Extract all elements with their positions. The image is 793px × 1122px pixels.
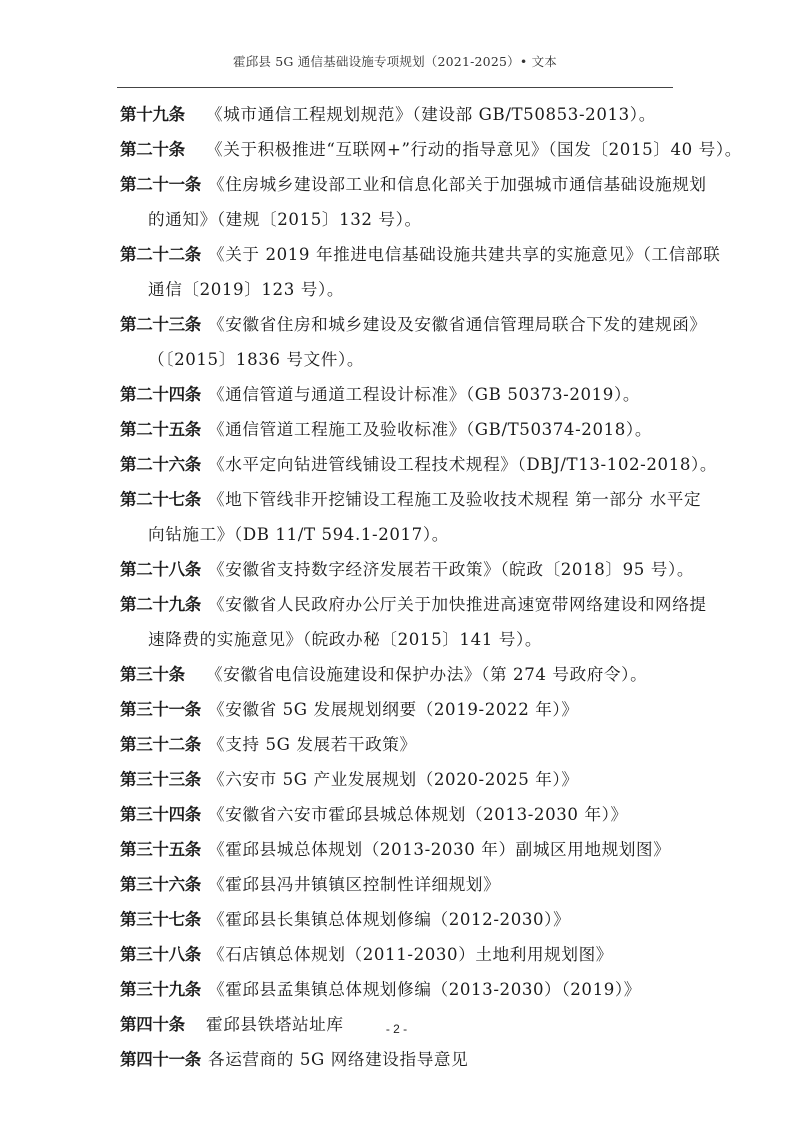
article-text: 《安徽省六安市霍邱县城总体规划（2013-2030 年）》 (208, 805, 628, 824)
article-22-continuation: 通信〔2019〕123 号）。 (120, 272, 676, 307)
article-label: 第二十条 (120, 132, 206, 167)
article-33: 第三十三条《六安市 5G 产业发展规划（2020-2025 年）》 (120, 762, 676, 797)
article-label: 第三十四条 (120, 797, 208, 832)
article-label: 第三十五条 (120, 832, 208, 867)
article-text: 《安徽省支持数字经济发展若干政策》（皖政〔2018〕95 号）。 (208, 560, 694, 579)
article-label: 第二十二条 (120, 237, 208, 272)
article-text: 《安徽省电信设施建设和保护办法》（第 274 号政府令）。 (206, 665, 647, 684)
article-text: 《石店镇总体规划（2011-2030）土地利用规划图》 (208, 945, 613, 964)
page-header-title: 霍邱县 5G 通信基础设施专项规划（2021-2025）• 文本 (117, 52, 673, 70)
article-label: 第二十九条 (120, 587, 208, 622)
article-label: 第四十一条 (120, 1042, 208, 1077)
article-text: 《安徽省 5G 发展规划纲要（2019-2022 年）》 (208, 700, 579, 719)
article-text: 《城市通信工程规划规范》（建设部 GB/T50853-2013）。 (206, 105, 656, 124)
header-divider (117, 87, 673, 88)
article-19: 第十九条《城市通信工程规划规范》（建设部 GB/T50853-2013）。 (120, 97, 676, 132)
article-21: 第二十一条《住房城乡建设部工业和信息化部关于加强城市通信基础设施规划 (120, 167, 676, 202)
article-label: 第三十六条 (120, 867, 208, 902)
article-text: 《霍邱县冯井镇镇区控制性详细规划》 (208, 875, 500, 894)
article-37: 第三十七条《霍邱县长集镇总体规划修编（2012-2030）》 (120, 902, 676, 937)
article-label: 第三十八条 (120, 937, 208, 972)
article-24: 第二十四条《通信管道与通道工程设计标准》（GB 50373-2019）。 (120, 377, 676, 412)
article-36: 第三十六条《霍邱县冯井镇镇区控制性详细规划》 (120, 867, 676, 902)
article-label: 第三十条 (120, 657, 206, 692)
article-29: 第二十九条《安徽省人民政府办公厅关于加快推进高速宽带网络建设和网络提 (120, 587, 676, 622)
article-41: 第四十一条各运营商的 5G 网络建设指导意见 (120, 1042, 676, 1077)
article-label: 第二十四条 (120, 377, 208, 412)
article-39: 第三十九条《霍邱县孟集镇总体规划修编（2013-2030）（2019）》 (120, 972, 676, 1007)
article-20: 第二十条《关于积极推进“互联网+”行动的指导意见》（国发〔2015〕40 号）。 (120, 132, 676, 167)
article-text: 《安徽省人民政府办公厅关于加快推进高速宽带网络建设和网络提 (208, 595, 707, 614)
article-text: 《安徽省住房和城乡建设及安徽省通信管理局联合下发的建规函》 (208, 315, 707, 334)
article-31: 第三十一条《安徽省 5G 发展规划纲要（2019-2022 年）》 (120, 692, 676, 727)
article-32: 第三十二条《支持 5G 发展若干政策》 (120, 727, 676, 762)
article-text: 《霍邱县长集镇总体规划修编（2012-2030）》 (208, 910, 570, 929)
article-label: 第三十一条 (120, 692, 208, 727)
article-27-continuation: 向钻施工》（DB 11/T 594.1-2017）。 (120, 517, 676, 552)
article-text: 《通信管道与通道工程设计标准》（GB 50373-2019）。 (208, 385, 640, 404)
article-text: 《六安市 5G 产业发展规划（2020-2025 年）》 (208, 770, 579, 789)
article-label: 第二十八条 (120, 552, 208, 587)
article-text: 向钻施工》（DB 11/T 594.1-2017）。 (148, 525, 449, 544)
article-text: 通信〔2019〕123 号）。 (148, 280, 344, 299)
article-30: 第三十条《安徽省电信设施建设和保护办法》（第 274 号政府令）。 (120, 657, 676, 692)
article-text: 《关于积极推进“互联网+”行动的指导意见》（国发〔2015〕40 号）。 (206, 140, 742, 159)
article-21-continuation: 的通知》（建规〔2015〕132 号）。 (120, 202, 676, 237)
document-body: 第十九条《城市通信工程规划规范》（建设部 GB/T50853-2013）。 第二… (120, 97, 676, 1077)
article-text: 《关于 2019 年推进电信基础设施共建共享的实施意见》（工信部联 (208, 245, 720, 264)
article-text: 《支持 5G 发展若干政策》 (208, 735, 417, 754)
article-label: 第二十五条 (120, 412, 208, 447)
article-label: 第三十三条 (120, 762, 208, 797)
page-number: - 2 - (0, 1022, 793, 1036)
article-text: 速降费的实施意见》（皖政办秘〔2015〕141 号）。 (148, 630, 542, 649)
article-28: 第二十八条《安徽省支持数字经济发展若干政策》（皖政〔2018〕95 号）。 (120, 552, 676, 587)
article-label: 第二十三条 (120, 307, 208, 342)
article-label: 第三十二条 (120, 727, 208, 762)
article-label: 第二十六条 (120, 447, 208, 482)
article-38: 第三十八条《石店镇总体规划（2011-2030）土地利用规划图》 (120, 937, 676, 972)
article-text: 《住房城乡建设部工业和信息化部关于加强城市通信基础设施规划 (208, 175, 707, 194)
article-label: 第三十七条 (120, 902, 208, 937)
article-text: 《霍邱县城总体规划（2013-2030 年）副城区用地规划图》 (208, 840, 670, 859)
article-27: 第二十七条《地下管线非开挖铺设工程施工及验收技术规程 第一部分 水平定 (120, 482, 676, 517)
article-text: 各运营商的 5G 网络建设指导意见 (208, 1050, 468, 1069)
article-text: 《霍邱县孟集镇总体规划修编（2013-2030）（2019）》 (208, 980, 641, 999)
article-label: 第二十一条 (120, 167, 208, 202)
article-23-continuation: （〔2015〕1836 号文件）。 (120, 342, 676, 377)
article-23: 第二十三条《安徽省住房和城乡建设及安徽省通信管理局联合下发的建规函》 (120, 307, 676, 342)
article-26: 第二十六条《水平定向钻进管线铺设工程技术规程》（DBJ/T13-102-2018… (120, 447, 676, 482)
article-text: 《地下管线非开挖铺设工程施工及验收技术规程 第一部分 水平定 (208, 490, 701, 509)
article-22: 第二十二条《关于 2019 年推进电信基础设施共建共享的实施意见》（工信部联 (120, 237, 676, 272)
article-34: 第三十四条《安徽省六安市霍邱县城总体规划（2013-2030 年）》 (120, 797, 676, 832)
article-text: 的通知》（建规〔2015〕132 号）。 (148, 210, 422, 229)
article-label: 第十九条 (120, 97, 206, 132)
article-label: 第三十九条 (120, 972, 208, 1007)
article-25: 第二十五条《通信管道工程施工及验收标准》（GB/T50374-2018）。 (120, 412, 676, 447)
article-label: 第二十七条 (120, 482, 208, 517)
article-text: 《通信管道工程施工及验收标准》（GB/T50374-2018）。 (208, 420, 652, 439)
article-29-continuation: 速降费的实施意见》（皖政办秘〔2015〕141 号）。 (120, 622, 676, 657)
article-text: （〔2015〕1836 号文件）。 (148, 350, 364, 369)
article-35: 第三十五条《霍邱县城总体规划（2013-2030 年）副城区用地规划图》 (120, 832, 676, 867)
article-text: 《水平定向钻进管线铺设工程技术规程》（DBJ/T13-102-2018）。 (208, 455, 717, 474)
